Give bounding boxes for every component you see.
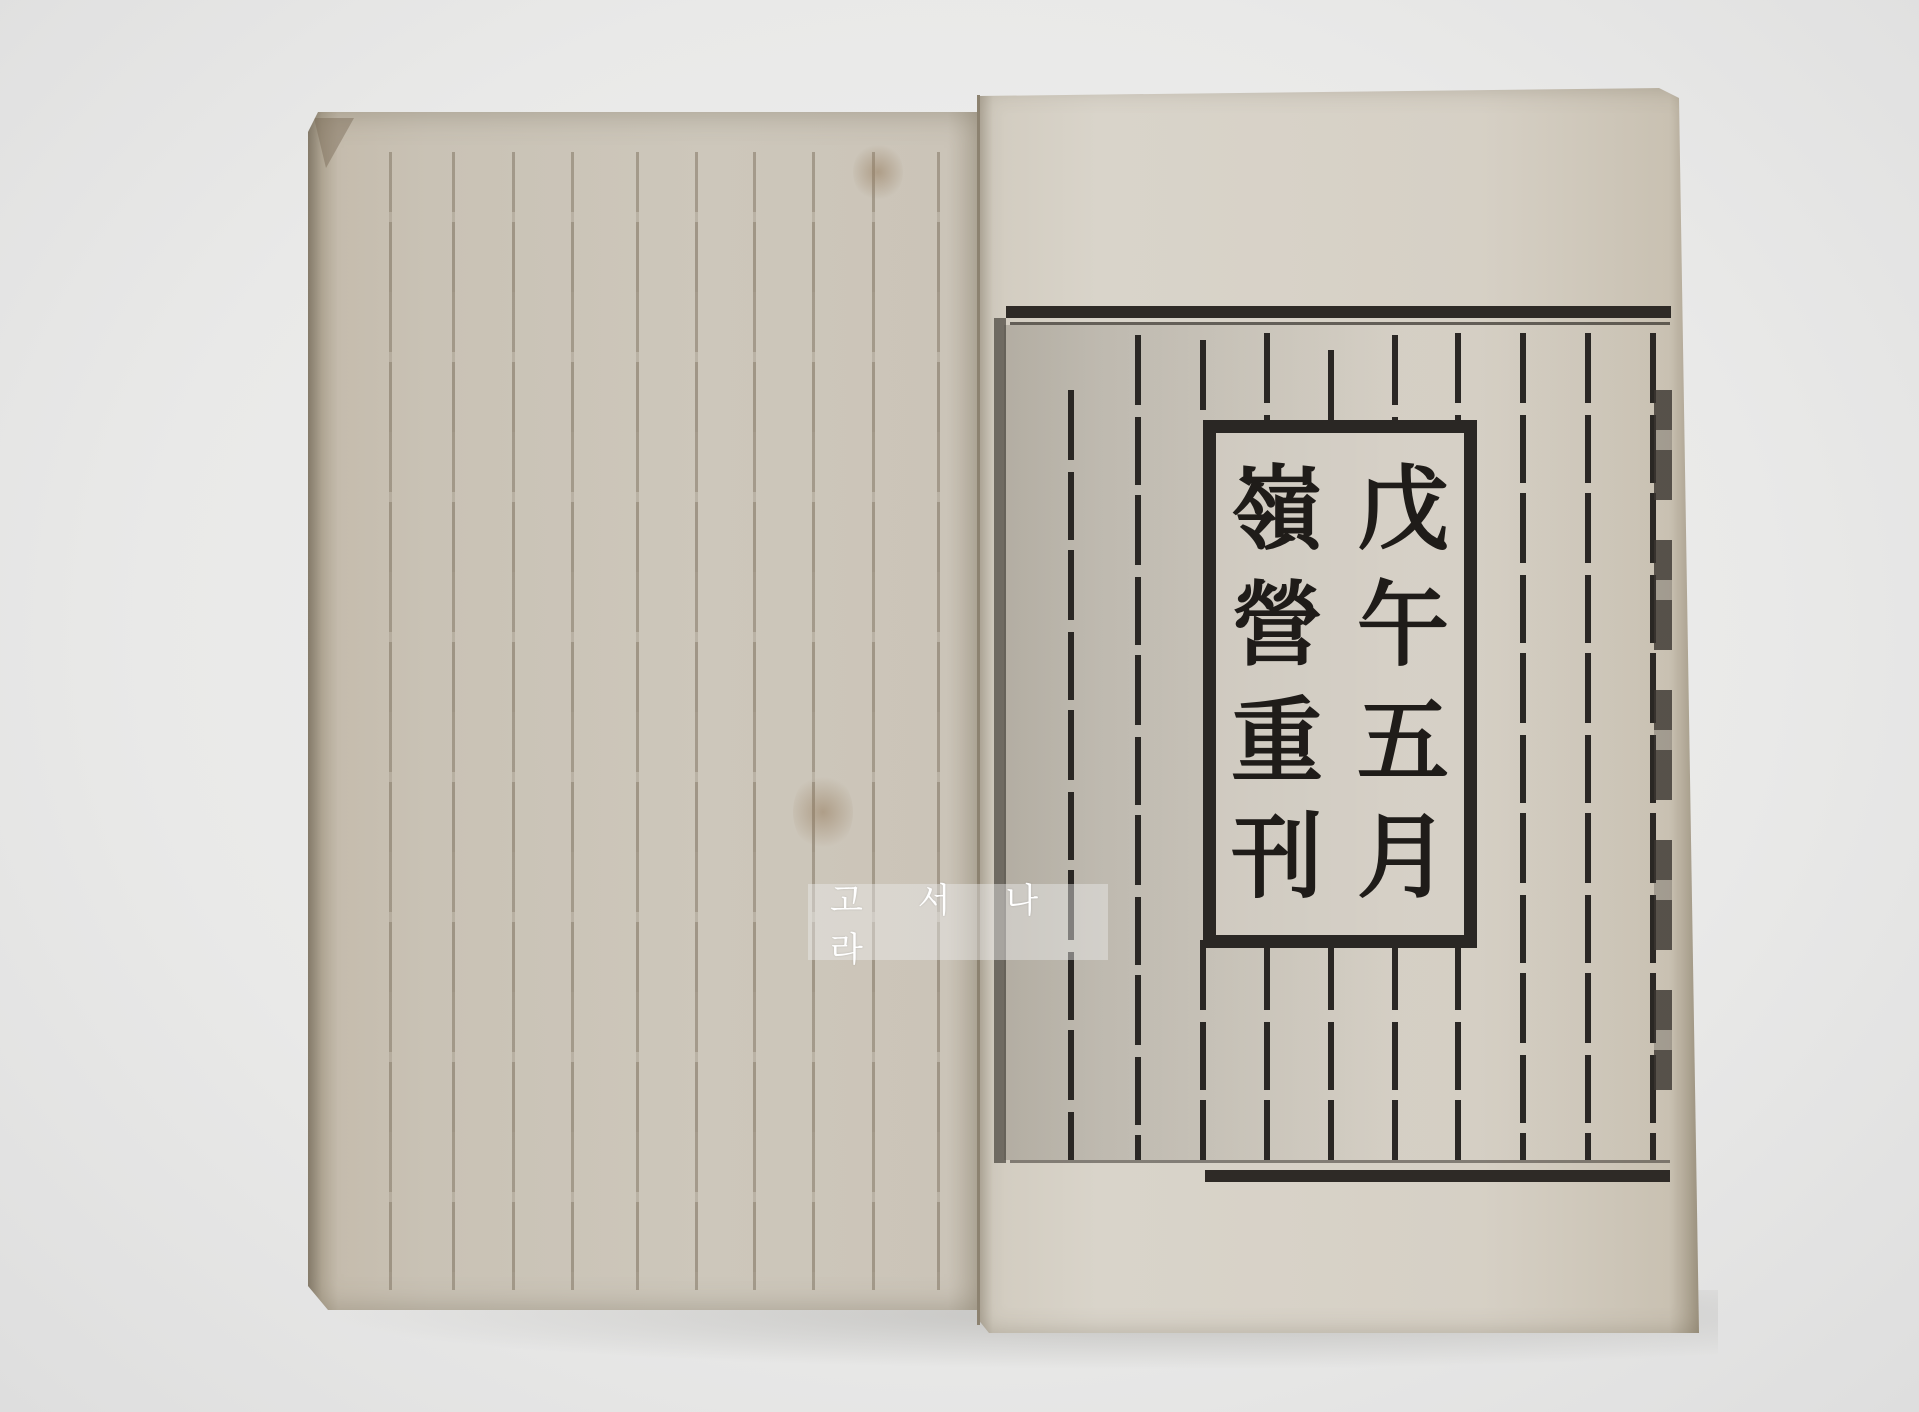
column-rule bbox=[1264, 333, 1270, 420]
column-rule bbox=[1068, 390, 1074, 1160]
folded-corner bbox=[314, 118, 354, 168]
frame-left-border bbox=[994, 318, 1006, 1163]
column-rule bbox=[1392, 940, 1398, 1160]
column-rule bbox=[1455, 940, 1461, 1160]
ruled-line bbox=[872, 152, 875, 1290]
column-rule bbox=[1328, 940, 1334, 1160]
frame-bottom-inner-rule bbox=[1010, 1160, 1670, 1163]
title-char: 戊 bbox=[1357, 451, 1449, 567]
watermark: 고 서 나 라 bbox=[808, 884, 1108, 960]
title-char: 刊 bbox=[1231, 799, 1323, 915]
column-rule bbox=[1392, 335, 1398, 420]
ruled-line bbox=[512, 152, 515, 1290]
column-rule bbox=[1200, 940, 1206, 1160]
title-column-date: 戊 午 五 月 bbox=[1348, 451, 1458, 915]
paper-stain bbox=[853, 142, 903, 202]
watermark-text: 고 서 나 라 bbox=[830, 873, 1108, 971]
column-rule bbox=[1328, 350, 1334, 420]
frame-top-inner-rule bbox=[1010, 322, 1670, 325]
title-column-publisher: 嶺 營 重 刊 bbox=[1222, 451, 1332, 915]
title-char: 重 bbox=[1231, 683, 1323, 799]
ruled-line bbox=[937, 152, 940, 1290]
ruled-line bbox=[636, 152, 639, 1290]
ruled-line bbox=[452, 152, 455, 1290]
column-rule bbox=[1264, 940, 1270, 1160]
title-char: 午 bbox=[1357, 567, 1449, 683]
book-spine bbox=[977, 95, 980, 1325]
ruled-line bbox=[812, 152, 815, 1290]
title-char: 月 bbox=[1357, 799, 1449, 915]
column-rule bbox=[1520, 333, 1526, 1160]
title-char: 營 bbox=[1231, 567, 1323, 683]
ruled-line bbox=[389, 152, 392, 1290]
paper-stain bbox=[793, 772, 853, 852]
column-rule bbox=[1200, 340, 1206, 420]
next-page-text-peek bbox=[1654, 390, 1672, 1090]
title-char: 嶺 bbox=[1231, 451, 1323, 567]
ruled-line bbox=[571, 152, 574, 1290]
frame-bottom-border bbox=[1205, 1170, 1670, 1182]
ruled-line bbox=[695, 152, 698, 1290]
left-page bbox=[308, 112, 980, 1310]
column-rule bbox=[1455, 333, 1461, 420]
title-cartouche: 戊 午 五 月 嶺 營 重 刊 bbox=[1203, 420, 1477, 948]
frame-top-border bbox=[1006, 306, 1671, 318]
title-char: 五 bbox=[1357, 683, 1449, 799]
column-rule bbox=[1585, 333, 1591, 1160]
ruled-line bbox=[753, 152, 756, 1290]
column-rule bbox=[1135, 335, 1141, 1160]
